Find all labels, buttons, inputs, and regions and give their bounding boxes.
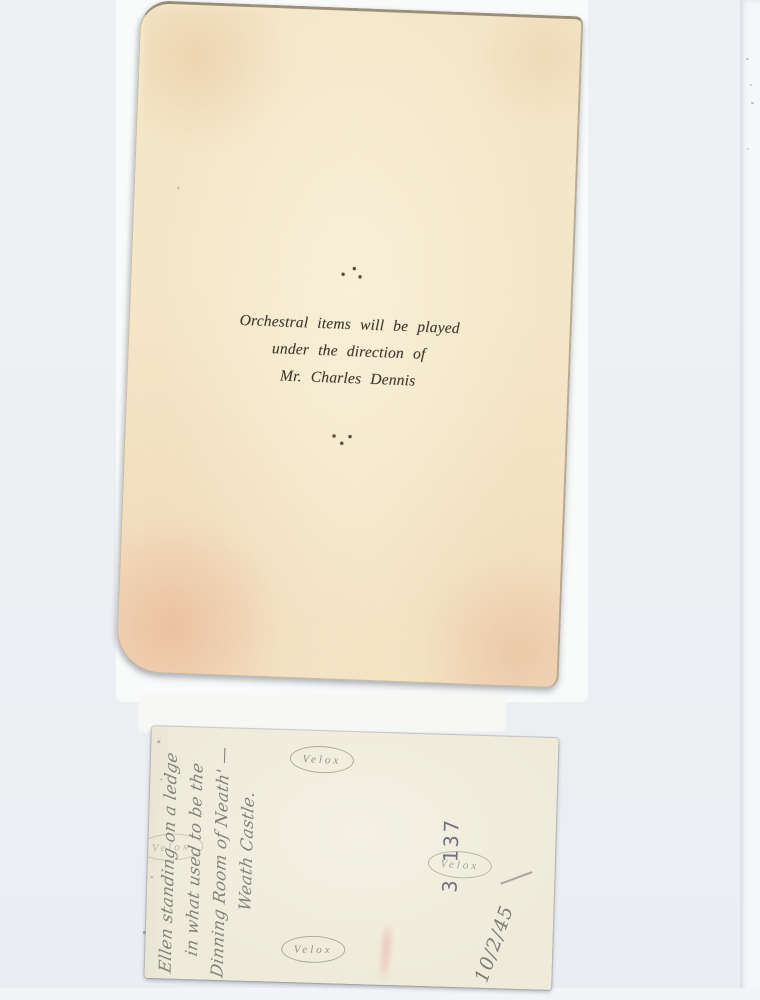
pink-streak-blemish xyxy=(378,921,393,984)
velox-label: Velox xyxy=(302,753,341,767)
ornament-dot xyxy=(348,435,351,438)
paper-blemish xyxy=(157,740,160,743)
scanner-bottom-strip xyxy=(0,988,760,1000)
corner-stain-bottom-right xyxy=(394,526,580,688)
dust-speck xyxy=(750,84,752,86)
date-annotation: 10/2/45 xyxy=(471,860,559,990)
paper-blemish xyxy=(177,186,180,189)
corner-stain-top-left xyxy=(140,5,306,171)
dust-speck xyxy=(751,102,754,104)
paper-blemish xyxy=(150,876,153,878)
corner-stain-bottom-left xyxy=(116,501,309,688)
velox-watermark-stamp: Velox xyxy=(289,745,354,775)
photo-back: Velox Velox Velox Velox Ellen standing o… xyxy=(144,726,558,990)
velox-label: Velox xyxy=(294,943,333,955)
ornament-dot xyxy=(353,267,356,270)
dots-ornament-bottom xyxy=(332,432,357,447)
scanner-edge-strip xyxy=(740,0,760,1000)
paper-blemish xyxy=(160,778,162,780)
archive-number-stamp: 3 137 xyxy=(438,792,468,893)
dust-speck xyxy=(746,58,749,60)
dots-ornament-top xyxy=(341,267,366,282)
velox-watermark-stamp: Velox xyxy=(281,936,345,964)
ornament-dot xyxy=(340,442,343,445)
programme-card: Orchestral items will be played under th… xyxy=(116,0,584,688)
handwritten-caption: Ellen standing on a ledge in what used t… xyxy=(153,726,264,990)
ornament-dot xyxy=(342,273,345,276)
ornament-dot xyxy=(332,434,335,437)
ornament-dot xyxy=(358,275,361,278)
corner-stain-top-right xyxy=(451,9,583,139)
card-printed-text: Orchestral items will be played under th… xyxy=(187,305,510,398)
dust-speck xyxy=(747,148,749,150)
